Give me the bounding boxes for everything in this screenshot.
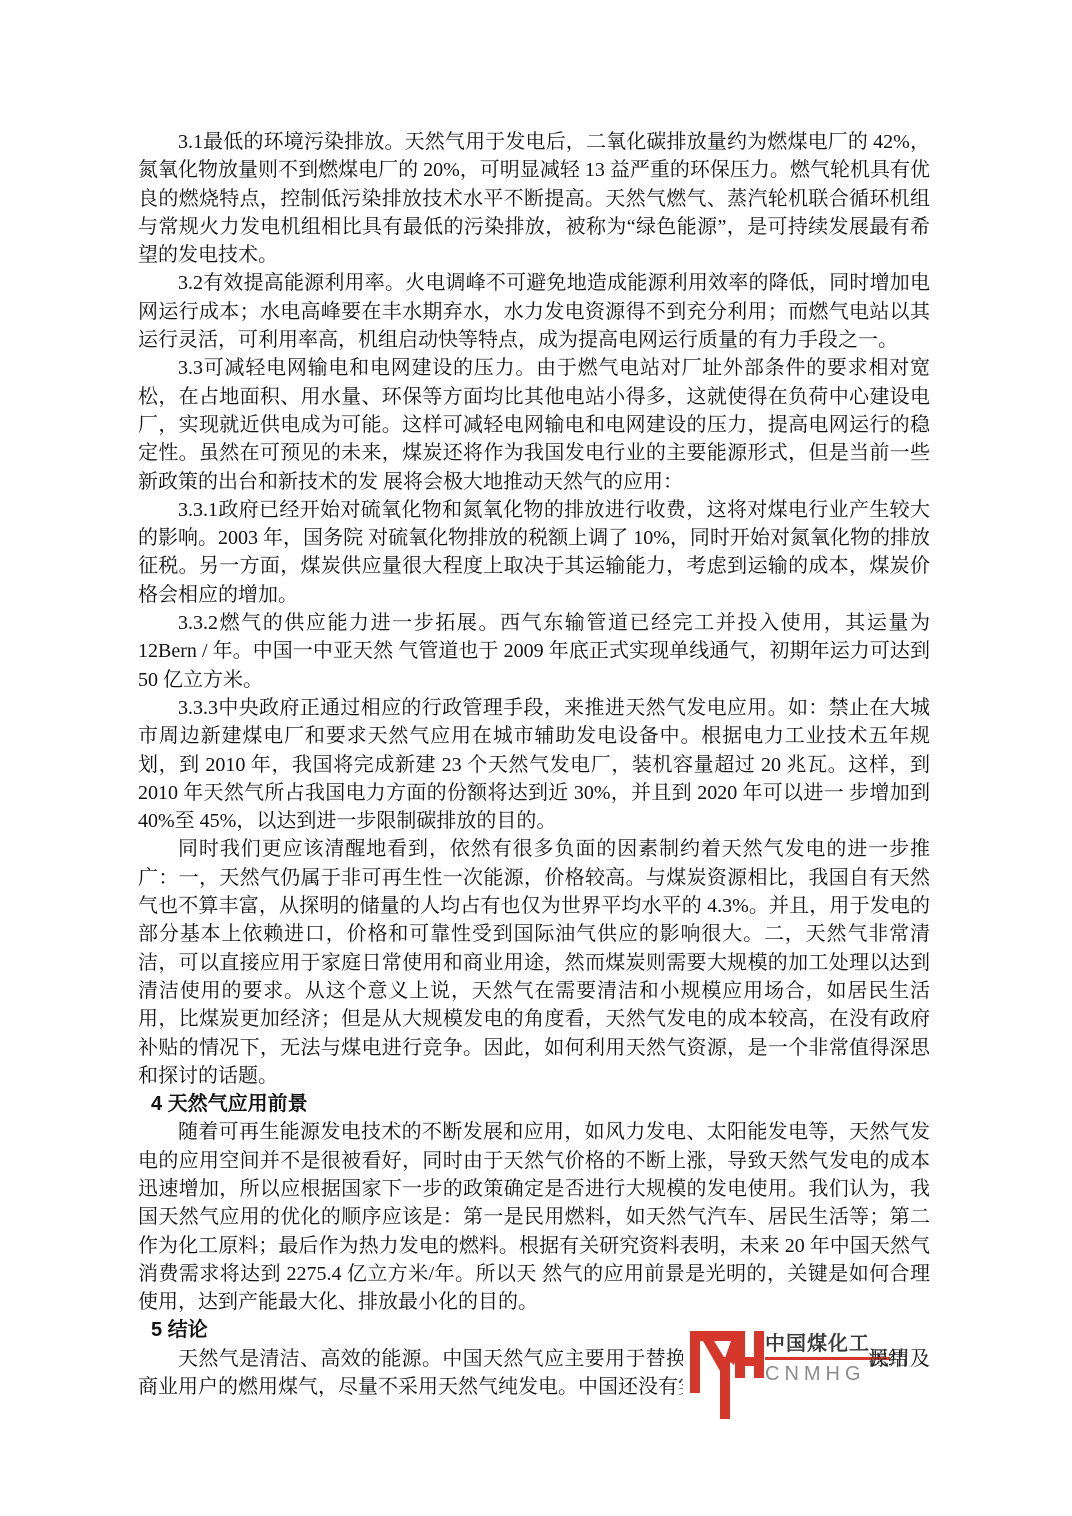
body-paragraph: 3.3.3中央政府正通过相应的行政管理手段，来推进天然气发电应用。如：禁止在大城… [138,694,930,835]
cnmhg-watermark: 中国煤化工 CNMHG [683,1328,871,1424]
body-paragraph: 3.3.2燃气的供应能力进一步拓展。西气东输管道已经完工并投入使用，其运量为 1… [138,609,930,694]
cnmhg-logo-icon [690,1331,764,1419]
body-paragraph: 3.2有效提高能源利用率。火电调峰不可避免地造成能源利用效率的降低，同时增加电网… [138,269,930,354]
watermark-brand-cn: 中国煤化工 [765,1332,871,1356]
body-paragraph: 同时我们更应该清醒地看到，依然有很多负面的因素制约着天然气发电的进一步推广：一，… [138,835,930,1090]
body-paragraph: 3.3.1政府已经开始对硫氧化物和氮氧化物的排放进行收费，这将对煤电行业产生较大… [138,496,930,609]
body-paragraph: 3.1最低的环境污染排放。天然气用于发电后，二氧化碳排放量约为燃煤电厂的 42%… [138,128,930,269]
body-paragraph: 3.3可减轻电网输电和电网建设的压力。由于燃气电站对厂址外部条件的要求相对宽松，… [138,354,930,495]
obscured-text-fragment: 源结 [868,1342,908,1371]
document-body: 3.1最低的环境污染排放。天然气用于发电后，二氧化碳排放量约为燃煤电厂的 42%… [138,128,930,1401]
document-page: 3.1最低的环境污染排放。天然气用于发电后，二氧化碳排放量约为燃煤电厂的 42%… [0,0,1072,1516]
section-heading: 4 天然气应用前景 [138,1090,930,1118]
watermark-text-block: 中国煤化工 CNMHG [765,1332,871,1386]
watermark-brand-en: CNMHG [765,1362,871,1386]
body-paragraph: 随着可再生能源发电技术的不断发展和应用，如风力发电、太阳能发电等，天然气发电的应… [138,1118,930,1316]
